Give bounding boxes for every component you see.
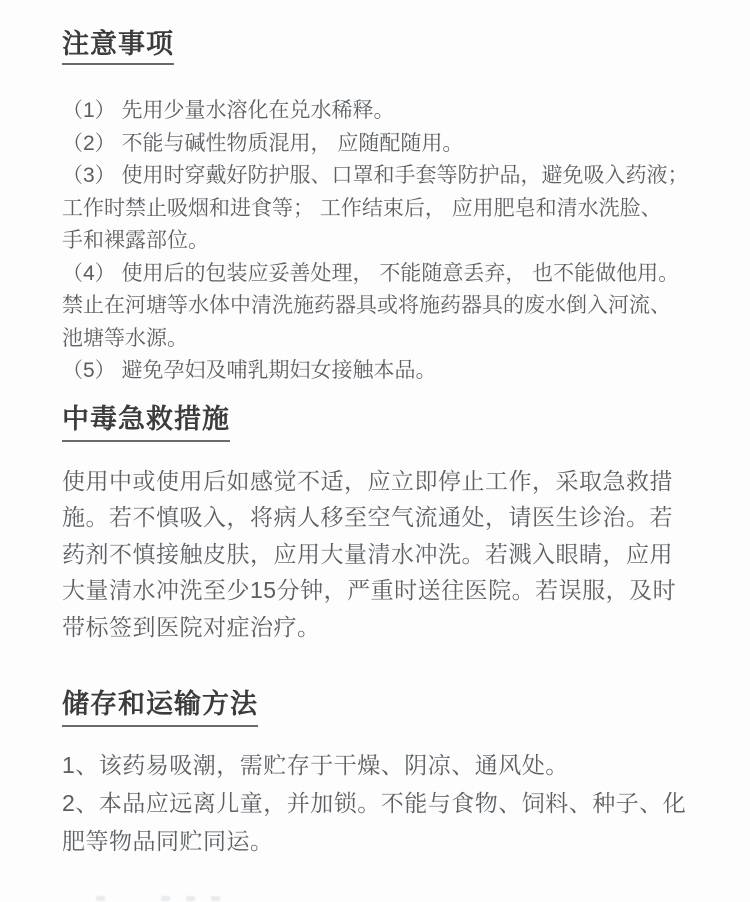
- first-aid-line: 药剂不慎接触皮肤，应用大量清水冲洗。若溅入眼睛，应用: [62, 536, 698, 573]
- section-title-precautions: 注意事项: [62, 27, 174, 65]
- precaution-item-3-cont: 工作时禁止吸烟和进食等； 工作结束后， 应用肥皂和清水洗脸、: [62, 193, 698, 226]
- first-aid-line: 使用中或使用后如感觉不适，应立即停止工作，采取急救措: [62, 463, 698, 500]
- first-aid-line: 大量清水冲洗至少15分钟，严重时送往医院。若误服，及时: [62, 572, 698, 609]
- precaution-item-3: （3） 使用时穿戴好防护服、口罩和手套等防护品，避免吸入药液；: [62, 160, 698, 193]
- cutoff-text-remnant: [161, 896, 170, 901]
- section-title-storage: 储存和运输方法: [62, 687, 258, 727]
- storage-item-1: 1、该药易吸潮，需贮存于干燥、阴凉、通风处。: [62, 746, 698, 784]
- precaution-item-3-cont: 手和裸露部位。: [62, 225, 698, 258]
- precaution-item-2: （2） 不能与碱性物质混用， 应随配随用。: [62, 128, 698, 161]
- precaution-item-4-cont: 禁止在河塘等水体中清洗施药器具或将施药器具的废水倒入河流、: [62, 290, 698, 323]
- precaution-item-4: （4） 使用后的包装应妥善处理， 不能随意丢弃， 也不能做他用。: [62, 258, 698, 291]
- section-title-first-aid: 中毒急救措施: [62, 402, 230, 442]
- first-aid-paragraph: 使用中或使用后如感觉不适，应立即停止工作，采取急救措 施。若不慎吸入，将病人移至…: [62, 463, 698, 646]
- cutoff-text-remnant: [186, 896, 195, 901]
- cutoff-text-remnant: [96, 896, 105, 901]
- precaution-item-1: （1） 先用少量水溶化在兑水稀释。: [62, 95, 698, 128]
- precautions-list: （1） 先用少量水溶化在兑水稀释。 （2） 不能与碱性物质混用， 应随配随用。 …: [62, 95, 698, 388]
- storage-item-2: 2、本品应远离儿童，并加锁。不能与食物、饲料、种子、化: [62, 784, 698, 822]
- precaution-item-4-cont: 池塘等水源。: [62, 323, 698, 356]
- precaution-item-5: （5） 避免孕妇及哺乳期妇女接触本品。: [62, 355, 698, 388]
- first-aid-line: 带标签到医院对症治疗。: [62, 609, 698, 646]
- storage-list: 1、该药易吸潮，需贮存于干燥、阴凉、通风处。 2、本品应远离儿童，并加锁。不能与…: [62, 746, 698, 860]
- storage-item-2-cont: 肥等物品同贮同运。: [62, 822, 698, 860]
- cutoff-text-remnant: [211, 896, 220, 901]
- label-document-page: 注意事项 （1） 先用少量水溶化在兑水稀释。 （2） 不能与碱性物质混用， 应随…: [0, 0, 750, 902]
- cutoff-next-section: [0, 895, 750, 902]
- document-content: 注意事项 （1） 先用少量水溶化在兑水稀释。 （2） 不能与碱性物质混用， 应随…: [0, 0, 750, 860]
- first-aid-line: 施。若不慎吸入，将病人移至空气流通处，请医生诊治。若: [62, 499, 698, 536]
